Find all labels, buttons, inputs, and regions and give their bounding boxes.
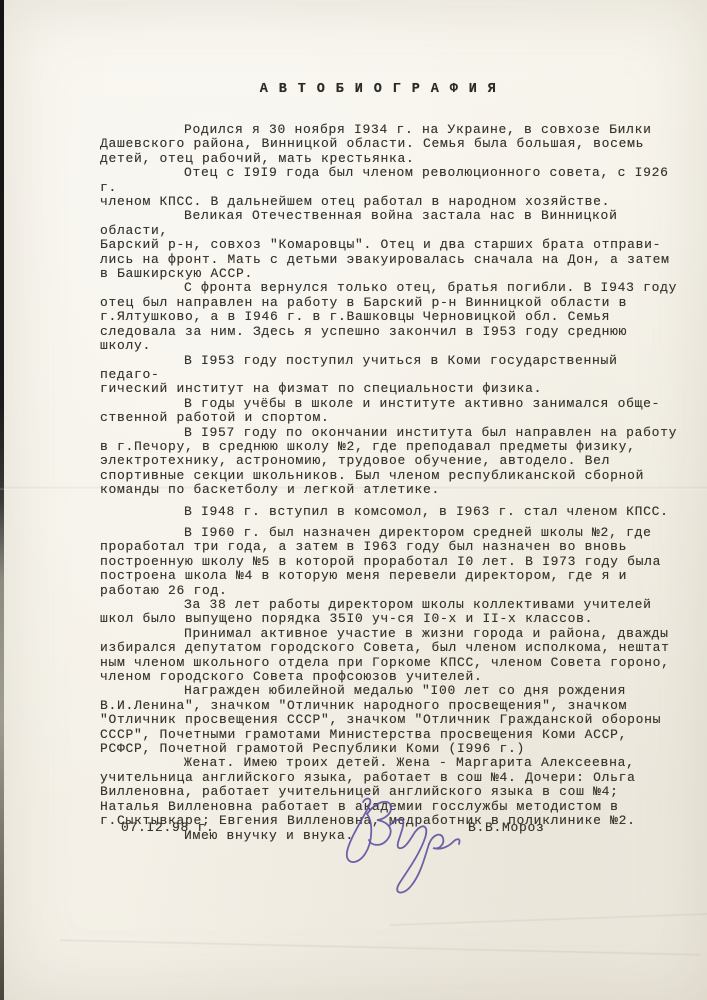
paragraph: В I948 г. вступил в комсомол, в I963 г. …	[100, 505, 685, 519]
paragraph: В I957 году по окончании института был н…	[100, 426, 685, 498]
paper-crease-bottom	[60, 939, 700, 957]
document-date: 07.I2.98 г.	[121, 820, 215, 835]
signature-ink	[333, 792, 488, 900]
paragraph: За 38 лет работы директором школы коллек…	[100, 598, 685, 627]
paragraph: Великая Отечественная война застала нас …	[100, 209, 685, 281]
paper-crease-bottom-right	[390, 912, 707, 926]
signer-name: В.В.Мороз	[468, 820, 545, 835]
scanned-document-page: А В Т О Б И О Г Р А Ф И Я Родился я 30 н…	[0, 0, 707, 1000]
paragraph: Отец с I9I9 года был членом революционно…	[100, 166, 685, 209]
document-content: А В Т О Б И О Г Р А Ф И Я Родился я 30 н…	[100, 82, 685, 843]
paragraph: Награжден юбилейной медалью "I00 лет со …	[100, 684, 685, 756]
paragraph: С фронта вернулся только отец, братья по…	[100, 281, 685, 353]
document-body: Родился я 30 ноября I934 г. на Украине, …	[100, 123, 685, 843]
paragraph: В I960 г. был назначен директором средне…	[100, 526, 685, 598]
paragraph: Принимал активное участие в жизни города…	[100, 627, 685, 685]
paragraph: В годы учёбы в школе и институте активно…	[100, 397, 685, 426]
scan-edge-artifact	[0, 0, 4, 1000]
paragraph: Родился я 30 ноября I934 г. на Украине, …	[100, 123, 685, 166]
paragraph: В I953 году поступил учиться в Коми госу…	[100, 354, 685, 397]
document-title: А В Т О Б И О Г Р А Ф И Я	[100, 82, 685, 97]
